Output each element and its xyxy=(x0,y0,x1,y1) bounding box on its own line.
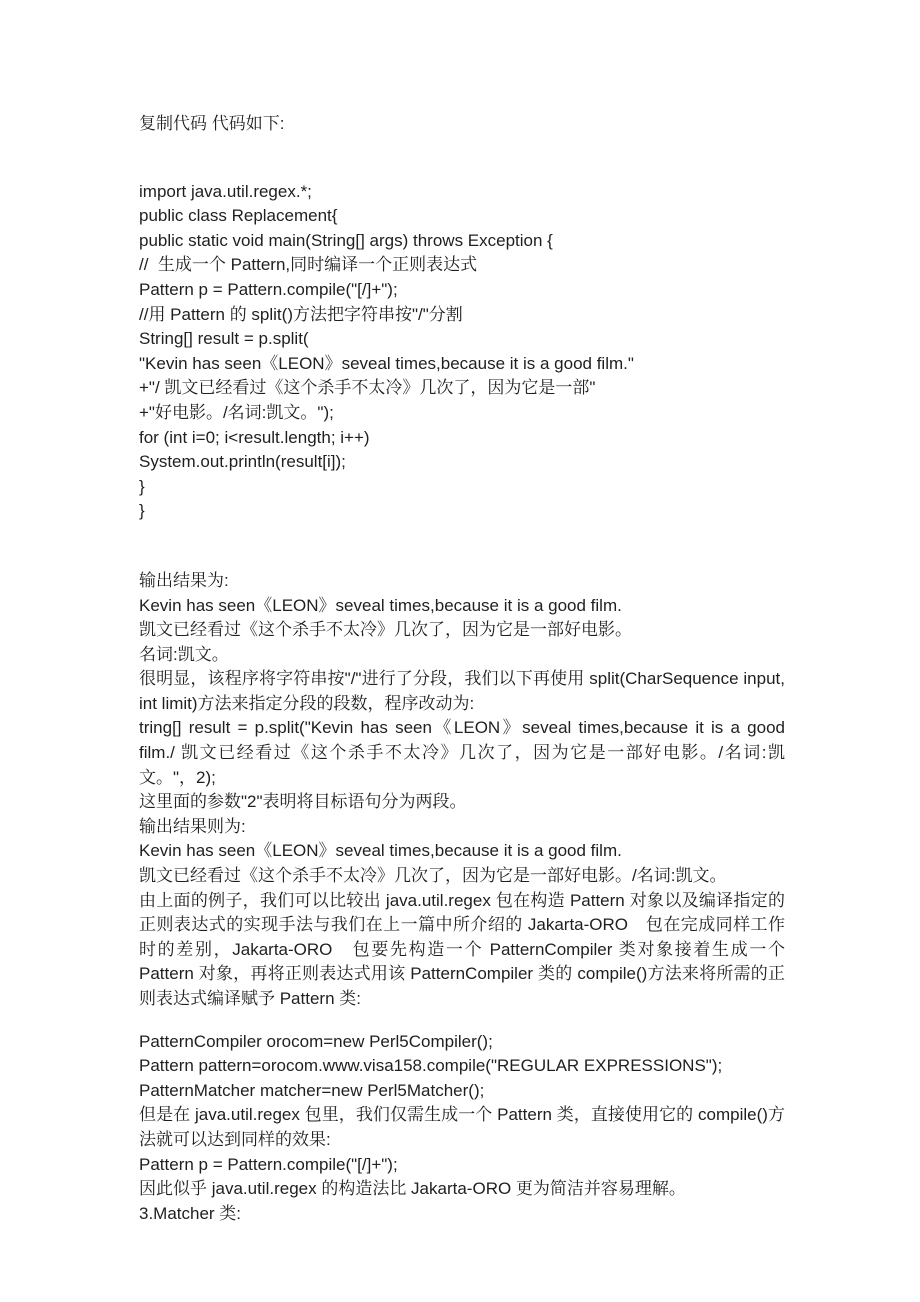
code-line: Pattern p = Pattern.compile("[/]+"); xyxy=(139,278,785,303)
code-line: for (int i=0; i<result.length; i++) xyxy=(139,426,785,451)
code-line: +"/ 凯文已经看过《这个杀手不太冷》几次了，因为它是一部" xyxy=(139,376,785,401)
code-line: +"好电影。/名词:凯文。"); xyxy=(139,401,785,426)
code-line: } xyxy=(139,499,785,524)
code-line: "Kevin has seen《LEON》seveal times,becaus… xyxy=(139,352,785,377)
document-content: 复制代码 代码如下:import java.util.regex.*;publi… xyxy=(139,112,785,1226)
spacer xyxy=(139,1012,785,1030)
section-heading: 3.Matcher 类: xyxy=(139,1202,785,1227)
paragraph: 因此似乎 java.util.regex 的构造法比 Jakarta-ORO 更… xyxy=(139,1177,785,1202)
code-line: PatternMatcher matcher=new Perl5Matcher(… xyxy=(139,1079,785,1104)
spacer xyxy=(139,524,785,569)
code-line: Pattern p = Pattern.compile("[/]+"); xyxy=(139,1153,785,1178)
code-line: import java.util.regex.*; xyxy=(139,180,785,205)
code-line: PatternCompiler orocom=new Perl5Compiler… xyxy=(139,1030,785,1055)
code-comment-line: //用 Pattern 的 split()方法把字符串按"/"分割 xyxy=(139,303,785,328)
output-line: 凯文已经看过《这个杀手不太冷》几次了，因为它是一部好电影。/名词:凯文。 xyxy=(139,864,785,889)
code-comment-line: // 生成一个 Pattern,同时编译一个正则表达式 xyxy=(139,253,785,278)
output-label: 输出结果则为: xyxy=(139,815,785,840)
intro-label: 复制代码 代码如下: xyxy=(139,112,785,137)
document-page: 复制代码 代码如下:import java.util.regex.*;publi… xyxy=(0,0,920,1302)
code-line: Pattern pattern=orocom.www.visa158.compi… xyxy=(139,1054,785,1079)
code-line: public class Replacement{ xyxy=(139,204,785,229)
output-label: 输出结果为: xyxy=(139,569,785,594)
output-line: Kevin has seen《LEON》seveal times,because… xyxy=(139,594,785,619)
code-line: System.out.println(result[i]); xyxy=(139,450,785,475)
code-line: String[] result = p.split( xyxy=(139,327,785,352)
code-line: } xyxy=(139,475,785,500)
paragraph: 由上面的例子，我们可以比较出 java.util.regex 包在构造 Patt… xyxy=(139,889,785,1012)
output-line: Kevin has seen《LEON》seveal times,because… xyxy=(139,839,785,864)
output-line: 名词:凯文。 xyxy=(139,643,785,668)
spacer xyxy=(139,137,785,180)
paragraph: 很明显，该程序将字符串按"/"进行了分段，我们以下再使用 split(CharS… xyxy=(139,667,785,716)
paragraph: 这里面的参数"2"表明将目标语句分为两段。 xyxy=(139,790,785,815)
paragraph: 但是在 java.util.regex 包里，我们仅需生成一个 Pattern … xyxy=(139,1103,785,1152)
code-paragraph: tring[] result = p.split("Kevin has seen… xyxy=(139,716,785,790)
output-line: 凯文已经看过《这个杀手不太冷》几次了，因为它是一部好电影。 xyxy=(139,618,785,643)
code-line: public static void main(String[] args) t… xyxy=(139,229,785,254)
